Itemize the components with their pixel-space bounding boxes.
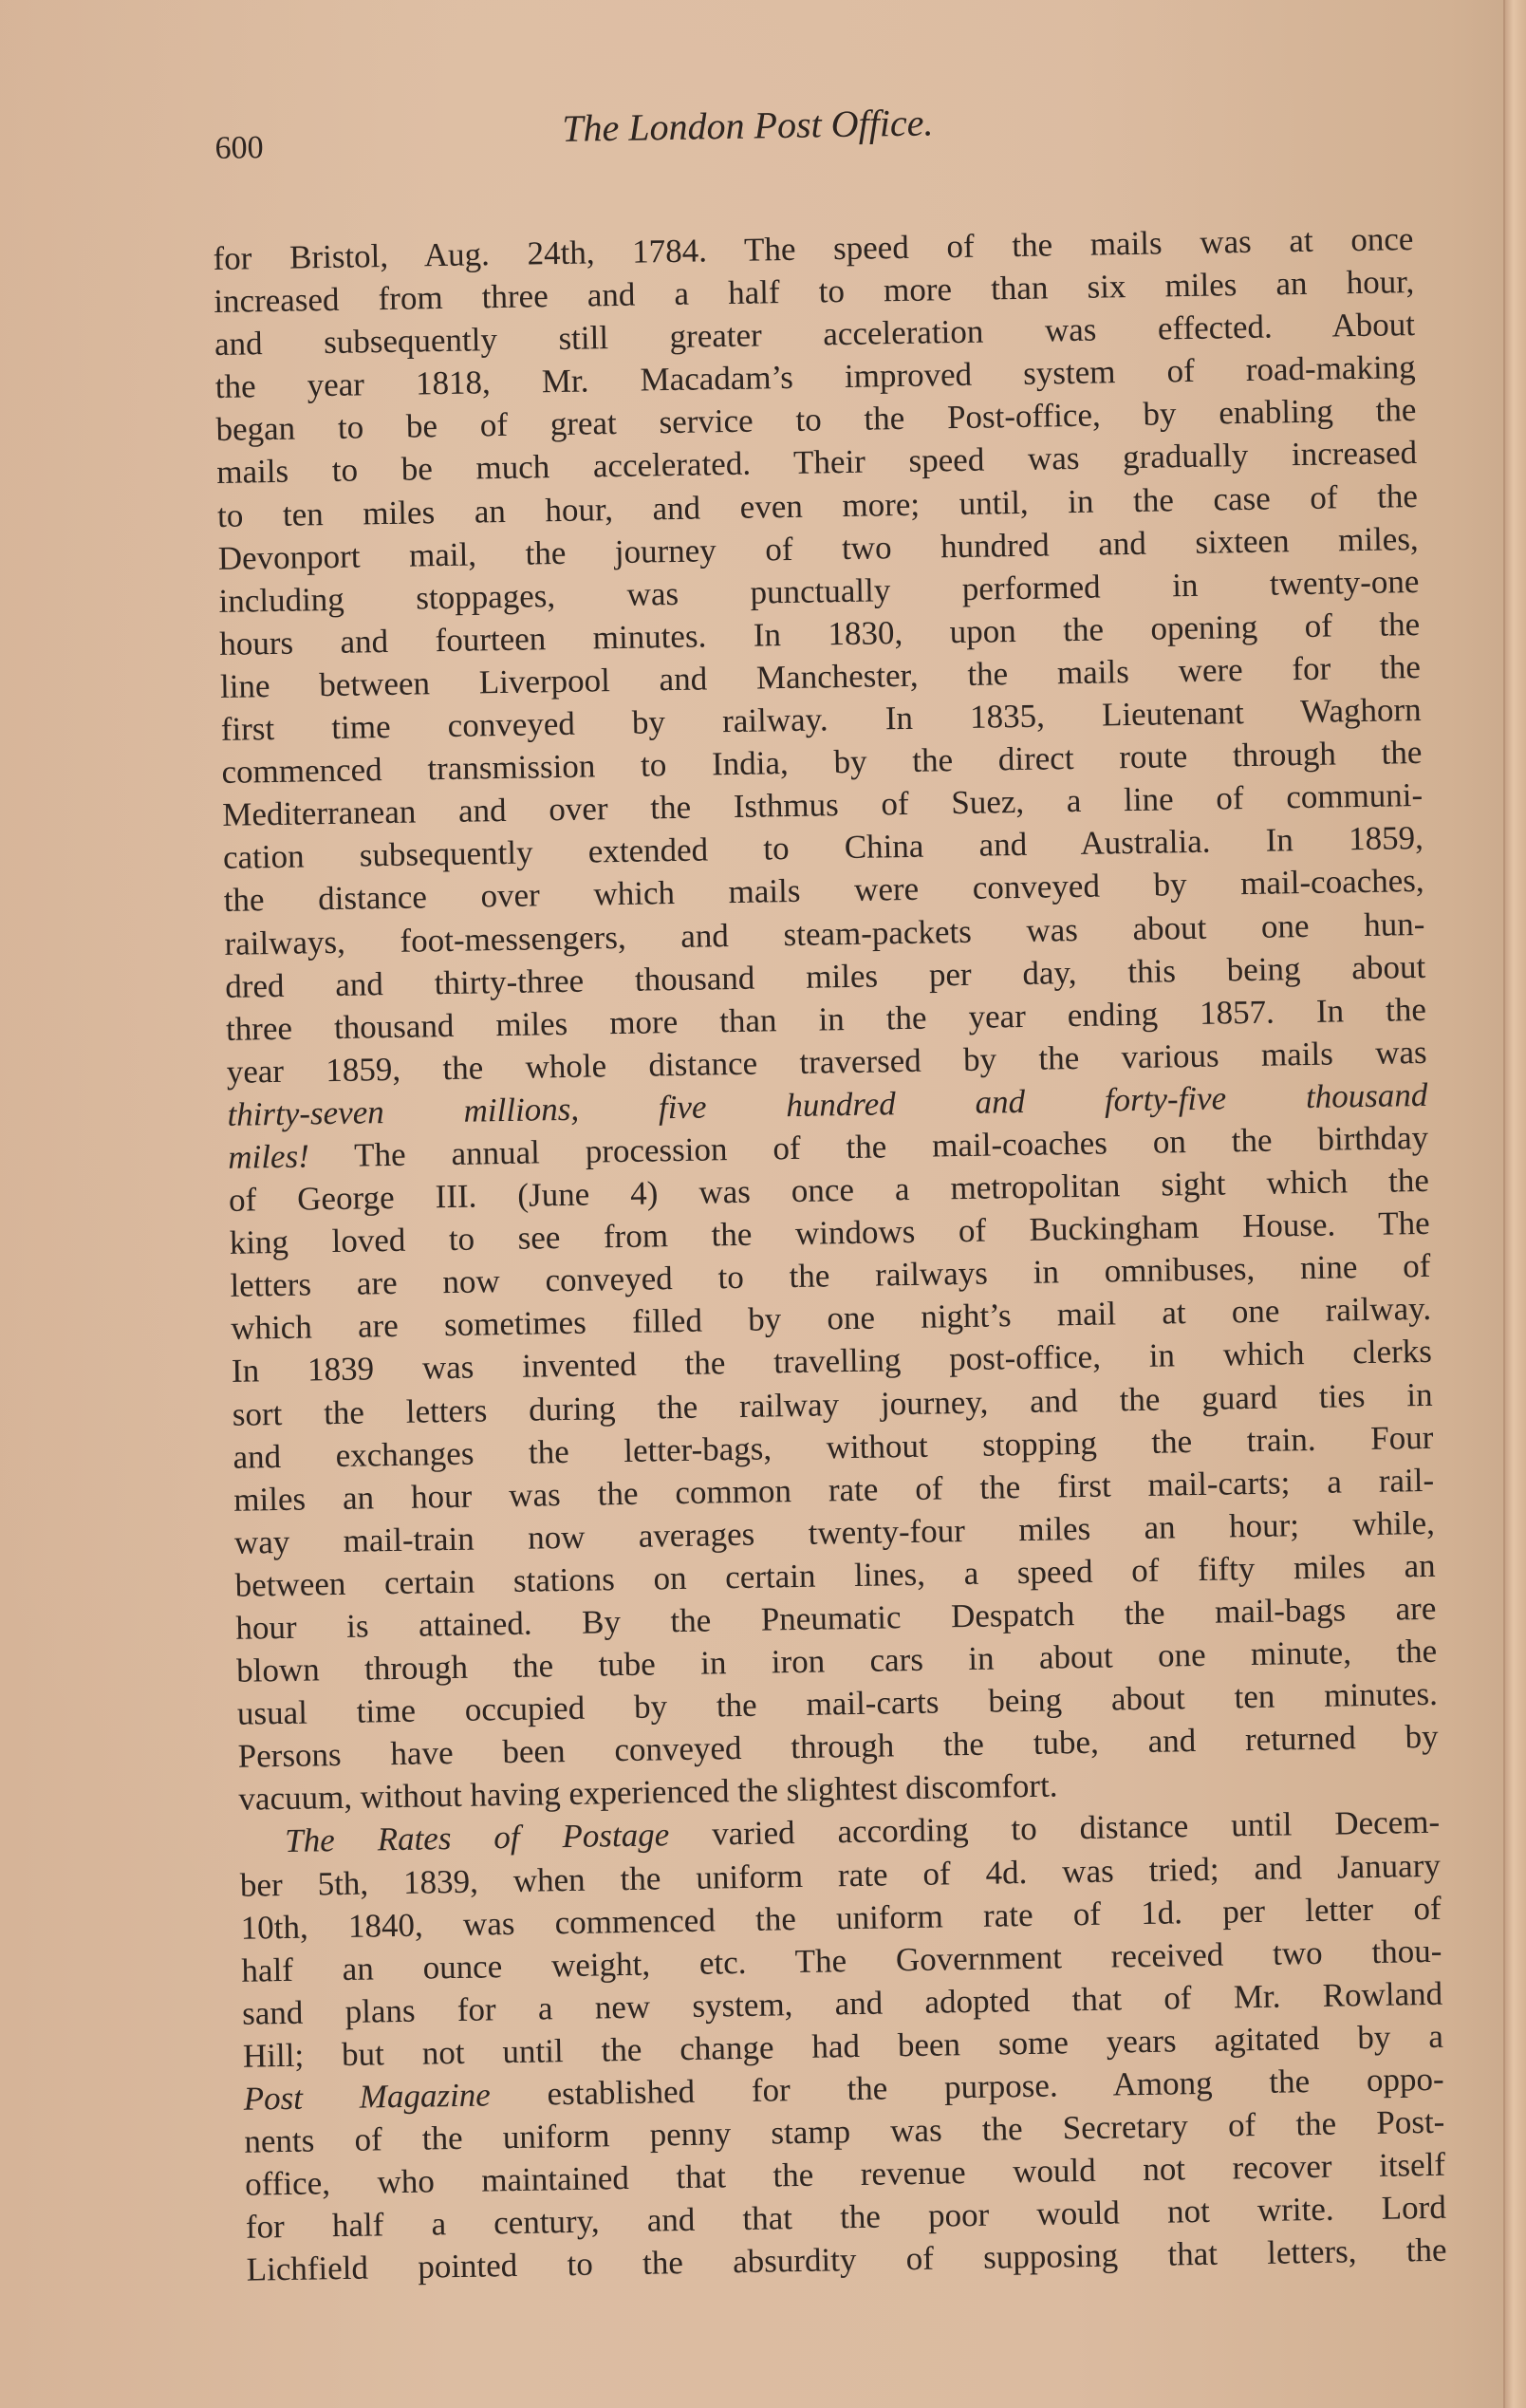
- running-title: The London Post Office.: [562, 100, 934, 150]
- page-content: 600 The London Post Office. for Bristol,…: [211, 92, 1471, 2292]
- page-number: 600: [214, 130, 264, 167]
- italic-phrase: miles!: [228, 1137, 309, 1175]
- scanned-book-page: 600 The London Post Office. for Bristol,…: [0, 0, 1526, 2408]
- italic-phrase: Post Magazine: [243, 2076, 491, 2117]
- page-edge: [1503, 0, 1526, 2408]
- italic-phrase: The Rates of Postage: [285, 1817, 670, 1860]
- body-text: for Bristol, Aug. 24th, 1784. The speed …: [213, 217, 1471, 2292]
- running-head: 600 The London Post Office.: [211, 92, 1436, 188]
